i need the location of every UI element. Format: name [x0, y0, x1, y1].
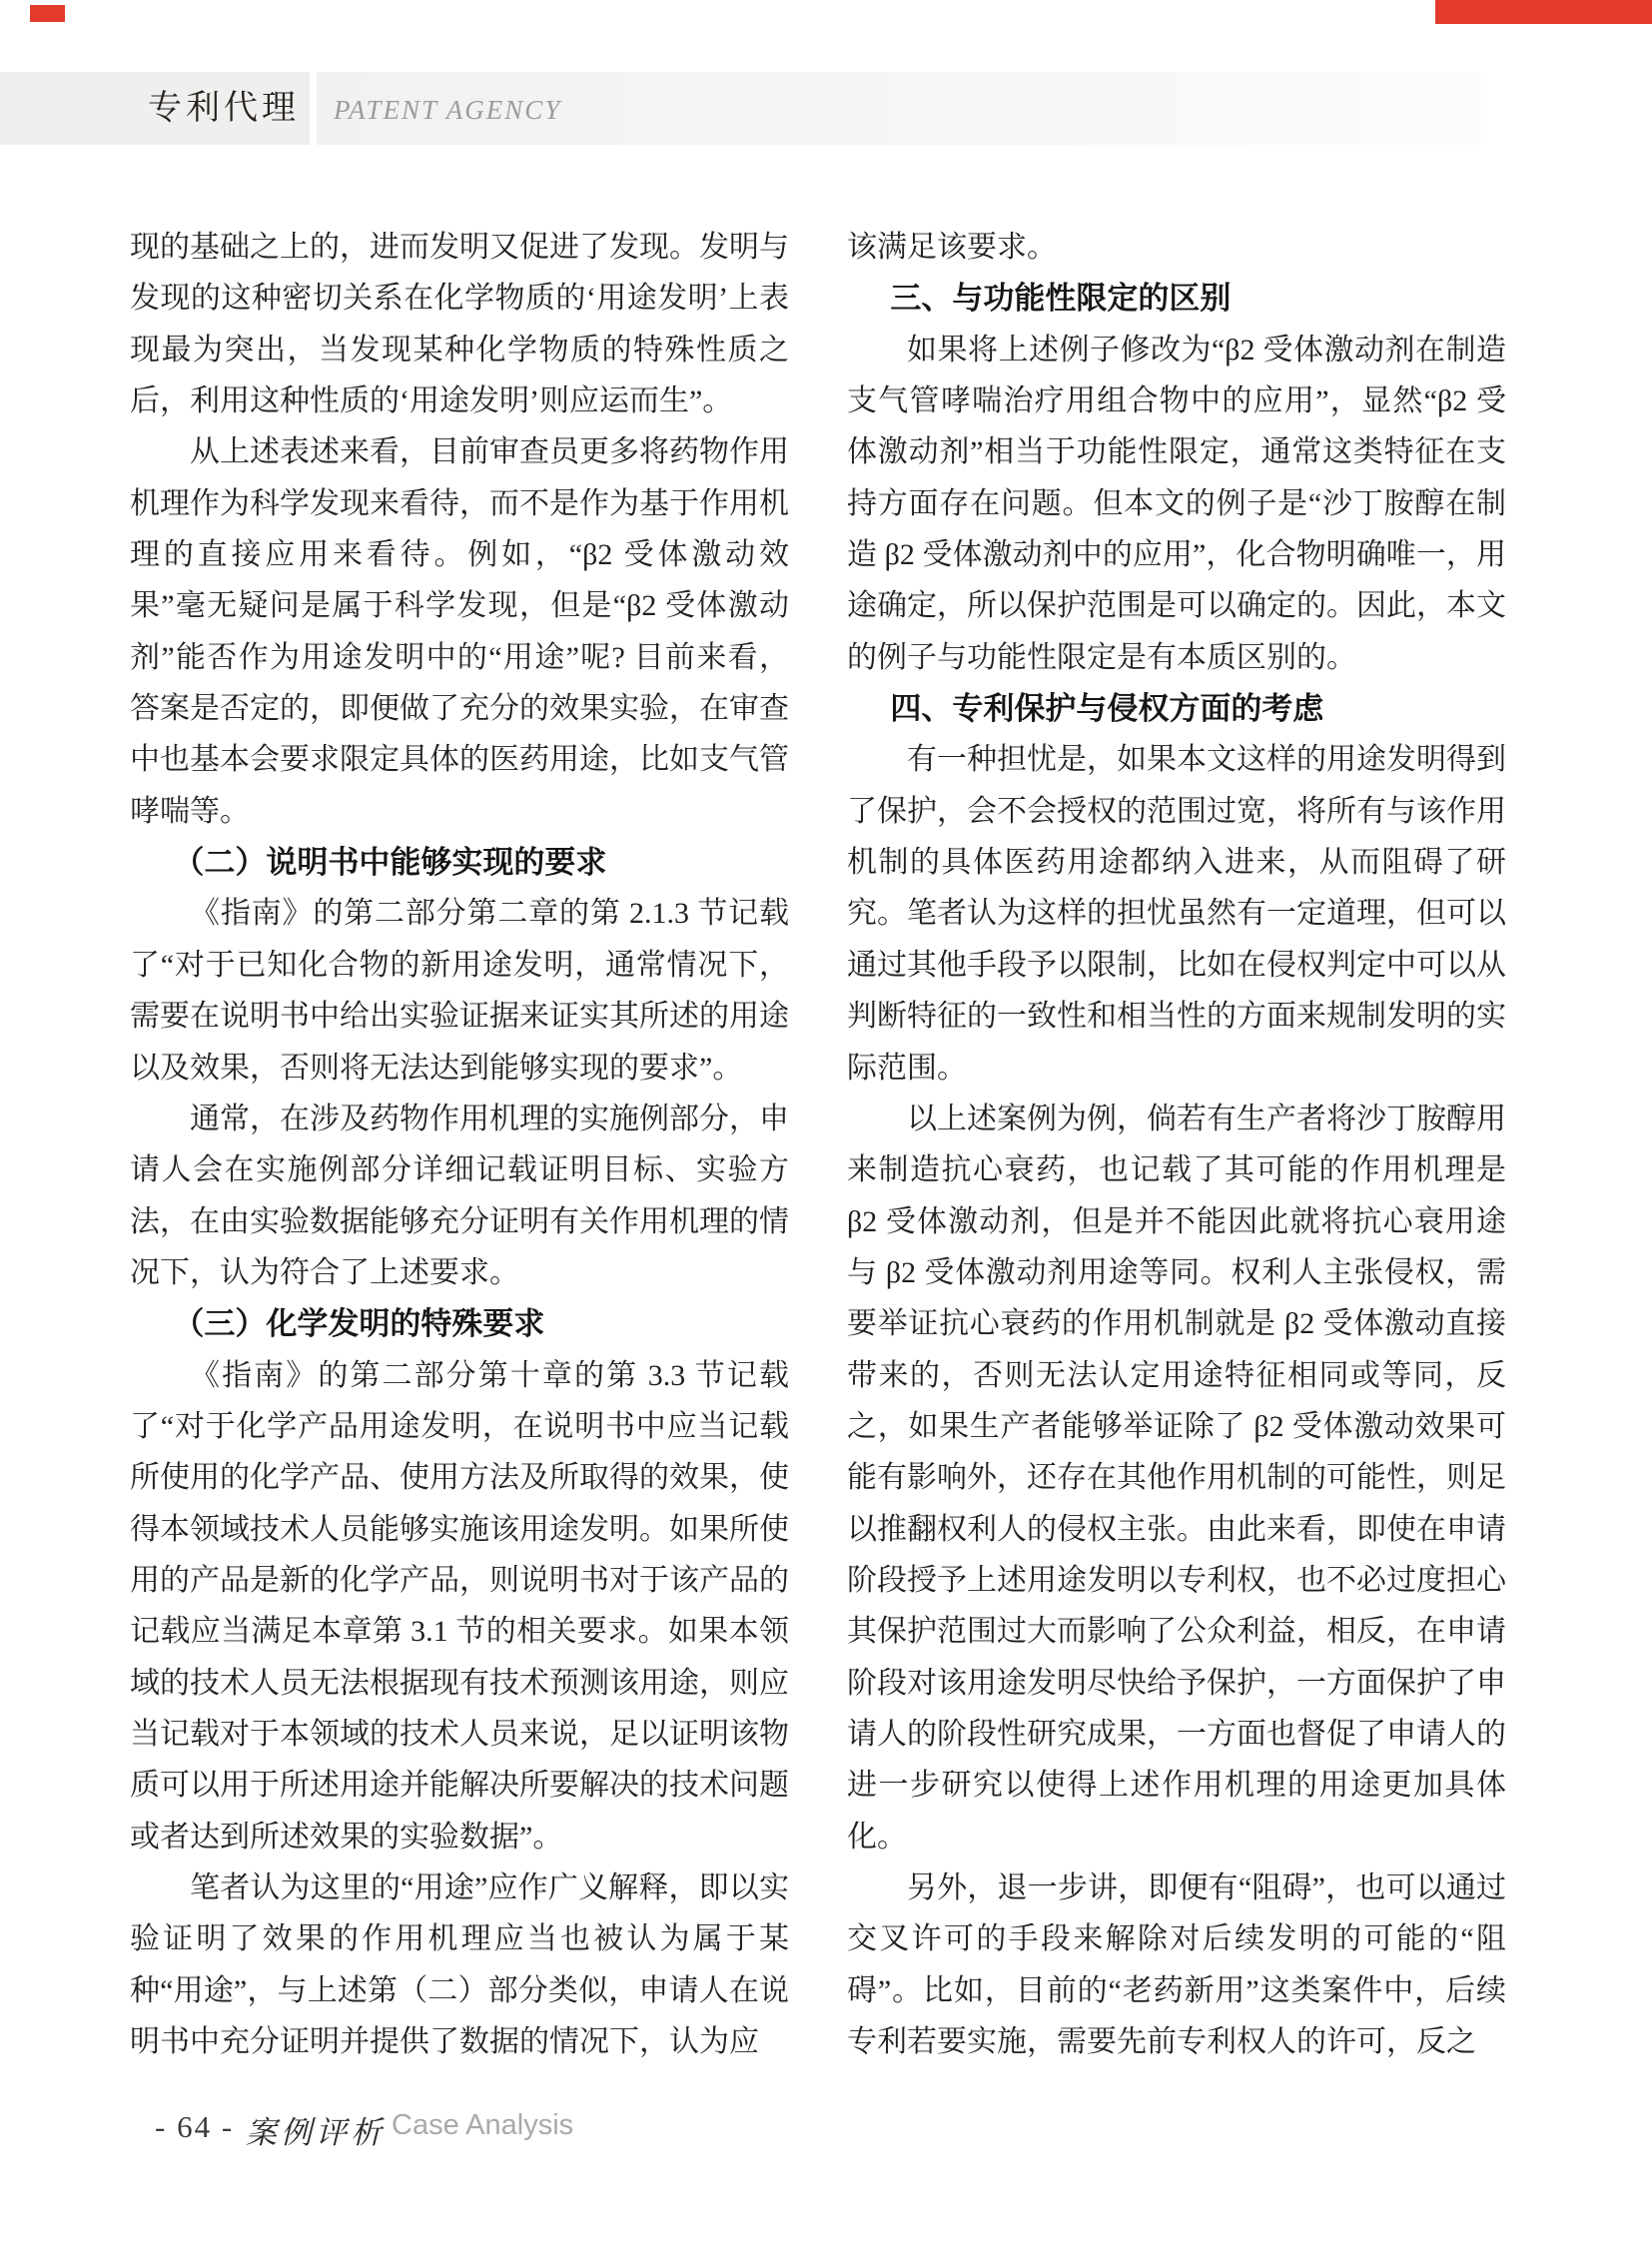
paragraph: 笔者认为这里的“用途”应作广义解释，即以实验证明了效果的作用机理应当也被认为属于… — [130, 1863, 789, 2067]
paragraph: 《指南》的第二部分第十章的第 3.3 节记载了“对于化学产品用途发明，在说明书中… — [130, 1350, 789, 1863]
footer-section-cn: 案例评析 — [246, 2107, 386, 2152]
paragraph: 以上述案例为例，倘若有生产者将沙丁胺醇用来制造抗心衰药，也记载了其可能的作用机理… — [847, 1094, 1506, 1863]
page-title: 专利代理 — [148, 88, 300, 128]
section-heading: 四、专利保护与侵权方面的考虑 — [847, 683, 1506, 734]
left-column: 现的基础之上的，进而发明又促进了发现。发明与发现的这种密切关系在化学物质的‘用途… — [130, 222, 789, 2067]
paragraph: 该满足该要求。 — [847, 222, 1506, 273]
section-heading: （三）化学发明的特殊要求 — [130, 1298, 789, 1349]
footer-section-en: Case Analysis — [392, 2109, 573, 2142]
paragraph: 从上述表述来看，目前审查员更多将药物作用机理作为科学发现来看待，而不是作为基于作… — [130, 426, 789, 837]
page-title-en: PATENT AGENCY — [334, 94, 561, 126]
paragraph: 通常，在涉及药物作用机理的实施例部分，申请人会在实施例部分详细记载证明目标、实验… — [130, 1094, 789, 1298]
paragraph: 另外，退一步讲，即便有“阻碍”，也可以通过交叉许可的手段来解除对后续发明的可能的… — [847, 1863, 1506, 2067]
section-heading: 三、与功能性限定的区别 — [847, 273, 1506, 324]
page-number: - 64 - — [155, 2109, 234, 2145]
paragraph: 如果将上述例子修改为“β2 受体激动剂在制造支气管哮喘治疗用组合物中的应用”，显… — [847, 325, 1506, 683]
print-mark-left — [30, 5, 65, 22]
print-mark-right — [1435, 0, 1652, 24]
right-column: 该满足该要求。 三、与功能性限定的区别 如果将上述例子修改为“β2 受体激动剂在… — [847, 222, 1506, 2067]
paragraph: 有一种担忧是，如果本文这样的用途发明得到了保护，会不会授权的范围过宽，将所有与该… — [847, 734, 1506, 1093]
section-heading: （二）说明书中能够实现的要求 — [130, 837, 789, 888]
paragraph: 现的基础之上的，进而发明又促进了发现。发明与发现的这种密切关系在化学物质的‘用途… — [130, 222, 789, 426]
journal-page: 专利代理 PATENT AGENCY 现的基础之上的，进而发明又促进了发现。发明… — [0, 0, 1652, 2242]
paragraph: 《指南》的第二部分第二章的第 2.1.3 节记载了“对于已知化合物的新用途发明，… — [130, 888, 789, 1093]
